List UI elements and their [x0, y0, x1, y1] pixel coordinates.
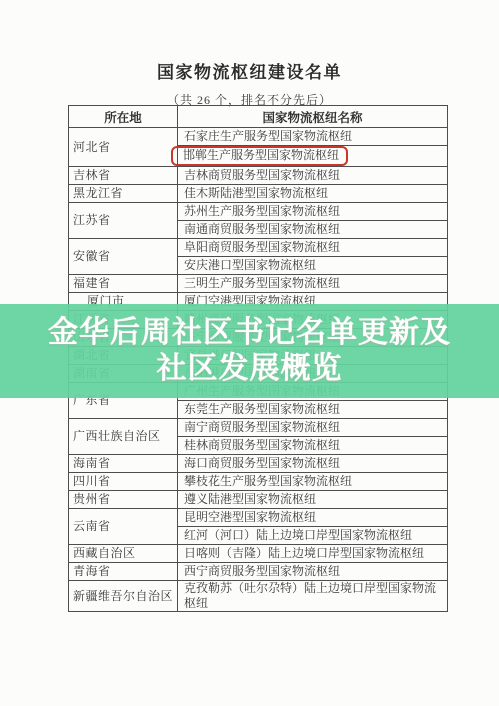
hub-name-cell: 苏州生产服务型国家物流枢纽 — [178, 203, 448, 221]
region-cell: 黑龙江省 — [69, 185, 178, 203]
hub-name-cell: 西宁商贸服务型国家物流枢纽 — [178, 563, 448, 581]
hub-row: 贵州省遵义陆港型国家物流枢纽 — [69, 491, 448, 509]
table-header-row: 所在地 国家物流枢纽名称 — [69, 106, 448, 128]
hub-name-cell: 海口商贸服务型国家物流枢纽 — [178, 455, 448, 473]
hub-name: 攀枝花生产服务型国家物流枢纽 — [184, 474, 352, 488]
hub-name: 遵义陆港型国家物流枢纽 — [184, 492, 316, 506]
region-cell: 云南省 — [69, 509, 178, 545]
hub-name-cell: 吉林商贸服务型国家物流枢纽 — [178, 167, 448, 185]
hub-name: 苏州生产服务型国家物流枢纽 — [184, 204, 340, 218]
hub-name-cell: 日喀则（吉隆）陆上边境口岸型国家物流枢纽 — [178, 545, 448, 563]
hub-name-cell: 南宁商贸服务型国家物流枢纽 — [178, 419, 448, 437]
hub-name: 克孜勒苏（吐尔尕特）陆上边境口岸型国家物流枢纽 — [184, 581, 436, 610]
hub-name: 日喀则（吉隆）陆上边境口岸型国家物流枢纽 — [184, 546, 424, 560]
hub-name-cell: 佳木斯陆港型国家物流枢纽 — [178, 185, 448, 203]
hub-row: 黑龙江省佳木斯陆港型国家物流枢纽 — [69, 185, 448, 203]
overlay-title-line-2: 社区发展概览 — [157, 351, 343, 387]
hub-name-cell: 安庆港口型国家物流枢纽 — [178, 257, 448, 275]
hub-name: 安庆港口型国家物流枢纽 — [184, 258, 316, 272]
region-cell: 贵州省 — [69, 491, 178, 509]
hub-name: 西宁商贸服务型国家物流枢纽 — [184, 564, 340, 578]
region-cell: 西藏自治区 — [69, 545, 178, 563]
hub-name: 红河（河口）陆上边境口岸型国家物流枢纽 — [184, 528, 412, 542]
hub-row: 安徽省阜阳商贸服务型国家物流枢纽 — [69, 239, 448, 257]
region-cell: 福建省 — [69, 275, 178, 293]
hub-name-cell: 阜阳商贸服务型国家物流枢纽 — [178, 239, 448, 257]
region-cell: 河北省 — [69, 128, 178, 167]
region-cell: 海南省 — [69, 455, 178, 473]
document-title: 国家物流枢纽建设名单 — [0, 58, 499, 83]
region-cell: 吉林省 — [69, 167, 178, 185]
hub-name-cell: 桂林商贸服务型国家物流枢纽 — [178, 437, 448, 455]
hub-row: 四川省攀枝花生产服务型国家物流枢纽 — [69, 473, 448, 491]
hub-name-cell: 邯郸生产服务型国家物流枢纽 — [178, 146, 448, 167]
hub-row: 广西壮族自治区南宁商贸服务型国家物流枢纽 — [69, 419, 448, 437]
scanned-document-page: 国家物流枢纽建设名单 （共 26 个，排名不分先后） 所在地 国家物流枢纽名称 … — [0, 0, 499, 706]
hub-name-cell: 石家庄生产服务型国家物流枢纽 — [178, 128, 448, 146]
hub-name-cell: 昆明空港型国家物流枢纽 — [178, 509, 448, 527]
hub-name: 东莞生产服务型国家物流枢纽 — [184, 402, 340, 416]
hub-name-cell: 遵义陆港型国家物流枢纽 — [178, 491, 448, 509]
header-hub-name: 国家物流枢纽名称 — [178, 106, 448, 128]
hub-row: 西藏自治区日喀则（吉隆）陆上边境口岸型国家物流枢纽 — [69, 545, 448, 563]
overlay-title-line-1: 金华后周社区书记名单更新及 — [48, 315, 451, 351]
hub-name-cell: 红河（河口）陆上边境口岸型国家物流枢纽 — [178, 527, 448, 545]
region-cell: 广西壮族自治区 — [69, 419, 178, 455]
region-cell: 青海省 — [69, 563, 178, 581]
hub-name-cell: 三明生产服务型国家物流枢纽 — [178, 275, 448, 293]
hub-name: 桂林商贸服务型国家物流枢纽 — [184, 438, 340, 452]
hub-name-cell: 攀枝花生产服务型国家物流枢纽 — [178, 473, 448, 491]
hub-name: 南通商贸服务型国家物流枢纽 — [184, 222, 340, 236]
hub-name-cell: 南通商贸服务型国家物流枢纽 — [178, 221, 448, 239]
hub-name: 三明生产服务型国家物流枢纽 — [184, 276, 340, 290]
hub-name: 佳木斯陆港型国家物流枢纽 — [184, 186, 328, 200]
region-cell: 江苏省 — [69, 203, 178, 239]
hub-row: 新疆维吾尔自治区克孜勒苏（吐尔尕特）陆上边境口岸型国家物流枢纽 — [69, 581, 448, 612]
region-cell: 安徽省 — [69, 239, 178, 275]
highlighted-hub-name: 邯郸生产服务型国家物流枢纽 — [171, 146, 348, 166]
hub-row: 江苏省苏州生产服务型国家物流枢纽 — [69, 203, 448, 221]
header-location: 所在地 — [69, 106, 178, 128]
hub-name: 南宁商贸服务型国家物流枢纽 — [184, 420, 340, 434]
hub-name: 昆明空港型国家物流枢纽 — [184, 510, 316, 524]
hub-name: 阜阳商贸服务型国家物流枢纽 — [184, 240, 340, 254]
hub-row: 河北省石家庄生产服务型国家物流枢纽 — [69, 128, 448, 146]
hub-row: 福建省三明生产服务型国家物流枢纽 — [69, 275, 448, 293]
hub-name: 吉林商贸服务型国家物流枢纽 — [184, 168, 340, 182]
hub-name-cell: 克孜勒苏（吐尔尕特）陆上边境口岸型国家物流枢纽 — [178, 581, 448, 612]
region-cell: 新疆维吾尔自治区 — [69, 581, 178, 612]
hub-row: 海南省海口商贸服务型国家物流枢纽 — [69, 455, 448, 473]
hub-name: 海口商贸服务型国家物流枢纽 — [184, 456, 340, 470]
region-cell: 四川省 — [69, 473, 178, 491]
hub-name: 石家庄生产服务型国家物流枢纽 — [184, 129, 352, 143]
hub-row: 吉林省吉林商贸服务型国家物流枢纽 — [69, 167, 448, 185]
watermark-overlay: 金华后周社区书记名单更新及 社区发展概览 — [0, 304, 499, 398]
hub-name-cell: 东莞生产服务型国家物流枢纽 — [178, 401, 448, 419]
hub-row: 青海省西宁商贸服务型国家物流枢纽 — [69, 563, 448, 581]
hub-row: 云南省昆明空港型国家物流枢纽 — [69, 509, 448, 527]
